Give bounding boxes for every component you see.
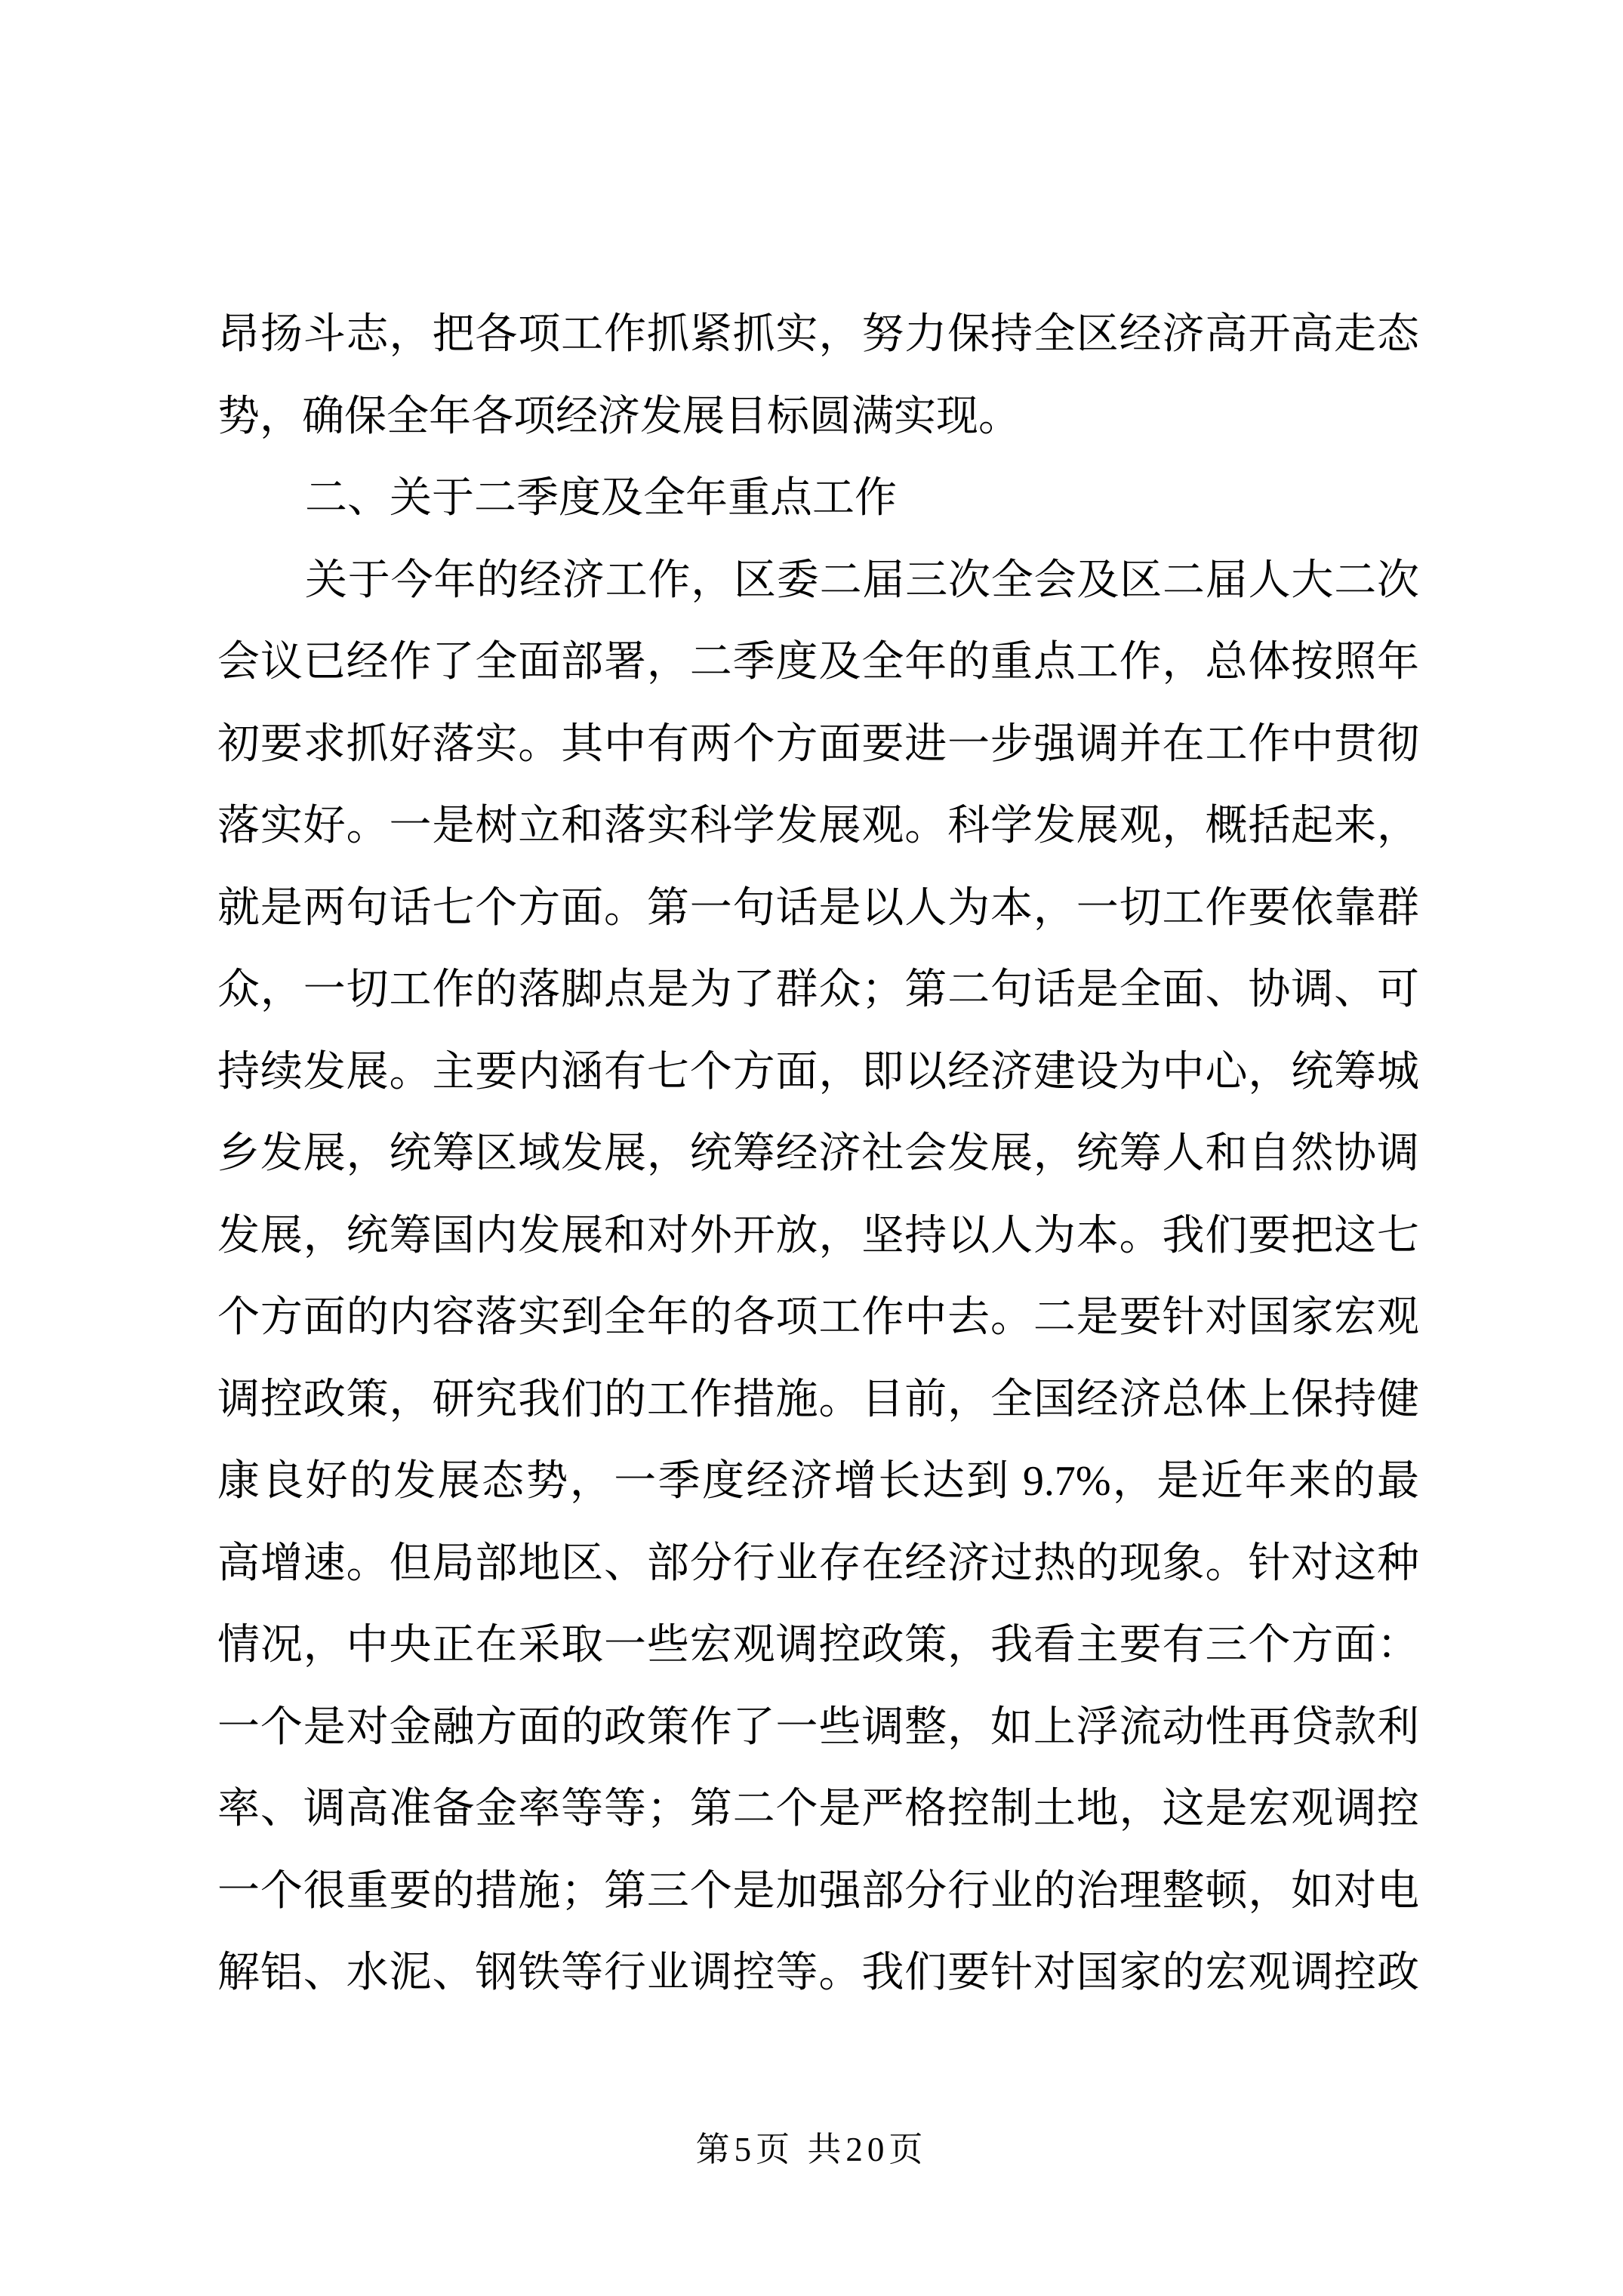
text-line: 一个很重要的措施；第三个是加强部分行业的治理整顿，如对电 [217, 1851, 1419, 1933]
text-line: 高增速。但局部地区、部分行业存在经济过热的现象。针对这种 [217, 1523, 1419, 1605]
text-line: 会议已经作了全面部署，二季度及全年的重点工作，总体按照年 [217, 621, 1419, 704]
page-footer: 第5页 共20页 [0, 2122, 1623, 2171]
text-line: 发展，统筹国内发展和对外开放，坚持以人为本。我们要把这七 [217, 1195, 1419, 1277]
text-line: 个方面的内容落实到全年的各项工作中去。二是要针对国家宏观 [217, 1277, 1419, 1359]
text-line: 一个是对金融方面的政策作了一些调整，如上浮流动性再贷款利 [217, 1687, 1419, 1769]
text-line: 情况，中央正在采取一些宏观调控政策，我看主要有三个方面： [217, 1604, 1419, 1687]
text-line: 持续发展。主要内涵有七个方面，即以经济建设为中心，统筹城 [217, 1031, 1419, 1114]
text-line: 调控政策，研究我们的工作措施。目前，全国经济总体上保持健 [217, 1359, 1419, 1441]
text-line: 初要求抓好落实。其中有两个方面要进一步强调并在工作中贯彻 [217, 704, 1419, 786]
document-body: 昂扬斗志，把各项工作抓紧抓实，努力保持全区经济高开高走态 势，确保全年各项经济发… [217, 294, 1419, 2014]
text-line: 众，一切工作的落脚点是为了群众；第二句话是全面、协调、可 [217, 949, 1419, 1031]
text-line: 落实好。一是树立和落实科学发展观。科学发展观，概括起来， [217, 785, 1419, 868]
text-line: 就是两句话七个方面。第一句话是以人为本，一切工作要依靠群 [217, 868, 1419, 950]
text-line: 康良好的发展态势，一季度经济增长达到 9.7%，是近年来的最 [217, 1441, 1419, 1523]
section-heading: 二、关于二季度及全年重点工作 [217, 458, 1419, 540]
text-line: 乡发展，统筹区域发展，统筹经济社会发展，统筹人和自然协调 [217, 1113, 1419, 1195]
document-page: 昂扬斗志，把各项工作抓紧抓实，努力保持全区经济高开高走态 势，确保全年各项经济发… [0, 0, 1623, 2296]
text-line: 关于今年的经济工作，区委二届三次全会及区二届人大二次 [217, 540, 1419, 622]
text-line: 率、调高准备金率等等；第二个是严格控制土地，这是宏观调控 [217, 1768, 1419, 1851]
text-line: 昂扬斗志，把各项工作抓紧抓实，努力保持全区经济高开高走态 [217, 294, 1419, 376]
text-line: 势，确保全年各项经济发展目标圆满实现。 [217, 376, 1419, 458]
text-line: 解铝、水泥、钢铁等行业调控等。我们要针对国家的宏观调控政 [217, 1932, 1419, 2014]
